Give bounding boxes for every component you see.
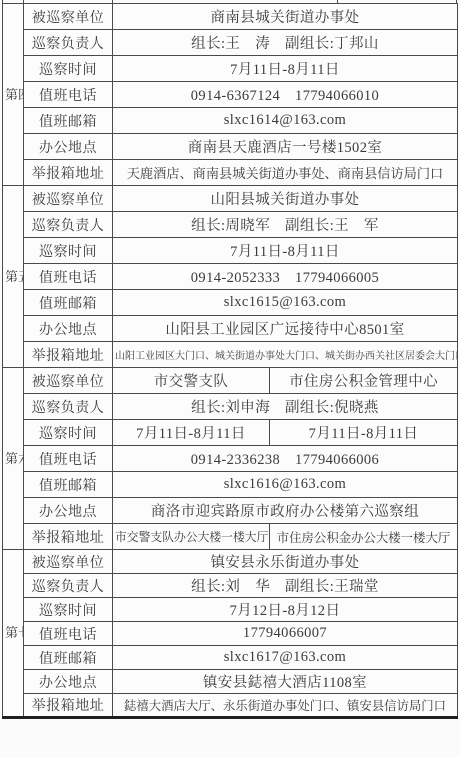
group-5-label: 第五巡察组 — [3, 186, 24, 368]
row-label-unit: 被巡察单位 — [24, 550, 113, 574]
row-label-mailbox: 举报箱地址 — [24, 524, 113, 550]
table-row: 第七巡察组 被巡察单位 镇安县永乐街道办事处 — [3, 550, 458, 574]
row-label-time: 巡察时间 — [24, 238, 113, 264]
row-label-email: 值班邮箱 — [24, 108, 113, 134]
row-label-time: 巡察时间 — [24, 56, 113, 82]
group-5-mailbox: 山阳工业园区大门口、城关街道办事处大门口、城关街办西关社区居委会大门口 — [113, 342, 458, 368]
table-row: 巡察时间 7月11日-8月11日 — [3, 238, 458, 264]
table-row: 值班电话 17794066007 — [3, 622, 458, 646]
row-label-office: 办公地点 — [24, 134, 113, 160]
row-label-phone: 值班电话 — [24, 446, 113, 472]
row-label-leader: 巡察负责人 — [24, 574, 113, 598]
group-6-email: slxc1616@163.com — [113, 472, 458, 498]
row-label-mailbox: 举报箱地址 — [24, 342, 113, 368]
group-6-leader: 组长:刘申海 副组长:倪晓燕 — [113, 394, 458, 420]
row-label-time: 巡察时间 — [24, 420, 113, 446]
table-row: 值班电话 0914-2052333 17794066005 — [3, 264, 458, 290]
group-5-unit: 山阳县城关街道办事处 — [113, 186, 458, 212]
group-4-office: 商南县天鹿酒店一号楼1502室 — [113, 134, 458, 160]
table-row: 第六巡察组 被巡察单位 市交警支队 市住房公积金管理中心 — [3, 368, 458, 394]
group-7-leader: 组长:刘 华 副组长:王瑞堂 — [113, 574, 458, 598]
row-label-time: 巡察时间 — [24, 598, 113, 622]
table-row: 巡察时间 7月12日-8月12日 — [3, 598, 458, 622]
table-row: 办公地点 商南县天鹿酒店一号楼1502室 — [3, 134, 458, 160]
table-row: 举报箱地址 天鹿酒店、商南县城关街道办事处、商南县信访局门口 — [3, 160, 458, 186]
table-row: 办公地点 商洛市迎宾路原市政府办公楼第六巡察组 — [3, 498, 458, 524]
group-5-email: slxc1615@163.com — [113, 290, 458, 316]
row-label-mailbox: 举报箱地址 — [24, 694, 113, 718]
group-6-unit-left: 市交警支队 — [113, 368, 270, 394]
table-row: 巡察负责人 组长:周晓军 副组长:王 军 — [3, 212, 458, 238]
row-label-phone: 值班电话 — [24, 264, 113, 290]
table-row: 巡察时间 7月11日-8月11日 7月11日-8月11日 — [3, 420, 458, 446]
group-5-time: 7月11日-8月11日 — [113, 238, 458, 264]
inspection-groups-table: 第四巡察组 被巡察单位 商南县城关街道办事处 巡察负责人 组长:王 涛 副组长:… — [2, 3, 458, 719]
group-6-phone: 0914-2336238 17794066006 — [113, 446, 458, 472]
row-label-email: 值班邮箱 — [24, 646, 113, 670]
table-row: 值班电话 0914-2336238 17794066006 — [3, 446, 458, 472]
table-row: 值班邮箱 slxc1614@163.com — [3, 108, 458, 134]
group-5-phone: 0914-2052333 17794066005 — [113, 264, 458, 290]
row-label-email: 值班邮箱 — [24, 290, 113, 316]
group-7-label: 第七巡察组 — [3, 550, 24, 718]
table-row: 举报箱地址 鋕禧大酒店大厅、永乐街道办事处门口、镇安县信访局门口 — [3, 694, 458, 718]
row-label-unit: 被巡察单位 — [24, 368, 113, 394]
group-4-time: 7月11日-8月11日 — [113, 56, 458, 82]
table-row: 举报箱地址 市交警支队办公大楼一楼大厅 市住房公积金办公大楼一楼大厅 — [3, 524, 458, 550]
group-6-label: 第六巡察组 — [3, 368, 24, 550]
table-row: 值班电话 0914-6367124 17794066010 — [3, 82, 458, 108]
table-row: 值班邮箱 slxc1615@163.com — [3, 290, 458, 316]
row-label-leader: 巡察负责人 — [24, 212, 113, 238]
group-6-mailbox-right: 市住房公积金办公大楼一楼大厅 — [270, 524, 458, 550]
group-7-unit: 镇安县永乐街道办事处 — [113, 550, 458, 574]
group-7-time: 7月12日-8月12日 — [113, 598, 458, 622]
row-label-unit: 被巡察单位 — [24, 4, 113, 30]
table-row: 值班邮箱 slxc1617@163.com — [3, 646, 458, 670]
row-label-office: 办公地点 — [24, 670, 113, 694]
table-row: 第五巡察组 被巡察单位 山阳县城关街道办事处 — [3, 186, 458, 212]
group-5-office: 山阳县工业园区广远接待中心8501室 — [113, 316, 458, 342]
row-label-mailbox: 举报箱地址 — [24, 160, 113, 186]
row-label-office: 办公地点 — [24, 316, 113, 342]
group-6-unit-right: 市住房公积金管理中心 — [270, 368, 458, 394]
row-label-phone: 值班电话 — [24, 622, 113, 646]
group-7-phone: 17794066007 — [113, 622, 458, 646]
group-4-mailbox: 天鹿酒店、商南县城关街道办事处、商南县信访局门口 — [113, 160, 458, 186]
row-label-office: 办公地点 — [24, 498, 113, 524]
group-6-time-left: 7月11日-8月11日 — [113, 420, 270, 446]
table-row: 值班邮箱 slxc1616@163.com — [3, 472, 458, 498]
group-6-office: 商洛市迎宾路原市政府办公楼第六巡察组 — [113, 498, 458, 524]
table-row: 办公地点 山阳县工业园区广远接待中心8501室 — [3, 316, 458, 342]
row-label-unit: 被巡察单位 — [24, 186, 113, 212]
row-label-phone: 值班电话 — [24, 82, 113, 108]
table-row: 第四巡察组 被巡察单位 商南县城关街道办事处 — [3, 4, 458, 30]
table-row: 办公地点 镇安县鋕禧大酒店1108室 — [3, 670, 458, 694]
group-4-leader: 组长:王 涛 副组长:丁邦山 — [113, 30, 458, 56]
group-4-email: slxc1614@163.com — [113, 108, 458, 134]
group-7-office: 镇安县鋕禧大酒店1108室 — [113, 670, 458, 694]
group-4-unit: 商南县城关街道办事处 — [113, 4, 458, 30]
group-7-email: slxc1617@163.com — [113, 646, 458, 670]
group-6-mailbox-left: 市交警支队办公大楼一楼大厅 — [113, 524, 270, 550]
row-label-leader: 巡察负责人 — [24, 30, 113, 56]
table-row: 举报箱地址 山阳工业园区大门口、城关街道办事处大门口、城关街办西关社区居委会大门… — [3, 342, 458, 368]
table-row: 巡察负责人 组长:王 涛 副组长:丁邦山 — [3, 30, 458, 56]
group-6-time-right: 7月11日-8月11日 — [270, 420, 458, 446]
scanned-table-page: 第四巡察组 被巡察单位 商南县城关街道办事处 巡察负责人 组长:王 涛 副组长:… — [0, 0, 460, 757]
row-label-leader: 巡察负责人 — [24, 394, 113, 420]
row-label-email: 值班邮箱 — [24, 472, 113, 498]
table-row: 巡察负责人 组长:刘 华 副组长:王瑞堂 — [3, 574, 458, 598]
group-7-mailbox: 鋕禧大酒店大厅、永乐街道办事处门口、镇安县信访局门口 — [113, 694, 458, 718]
table-row: 巡察负责人 组长:刘申海 副组长:倪晓燕 — [3, 394, 458, 420]
group-4-phone: 0914-6367124 17794066010 — [113, 82, 458, 108]
group-4-label: 第四巡察组 — [3, 4, 24, 186]
group-5-leader: 组长:周晓军 副组长:王 军 — [113, 212, 458, 238]
table-row: 巡察时间 7月11日-8月11日 — [3, 56, 458, 82]
